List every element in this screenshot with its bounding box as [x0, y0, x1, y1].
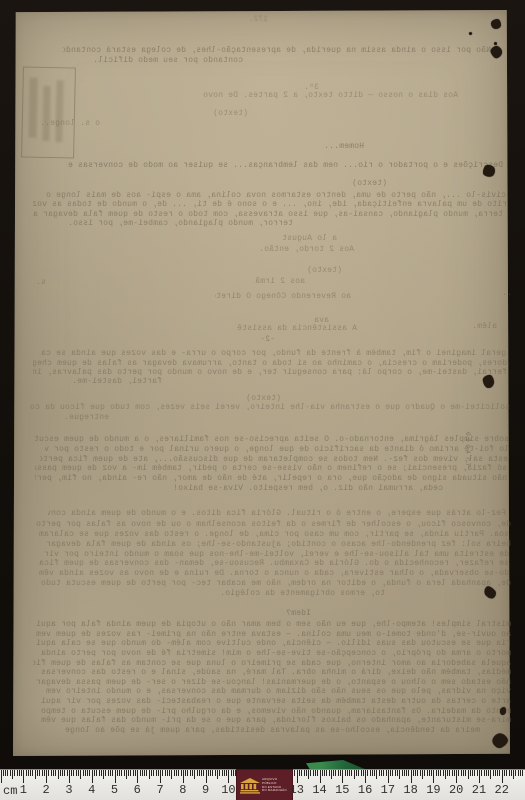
ruler-tick	[110, 770, 111, 776]
ruler-tick	[520, 770, 521, 776]
ruler-tick	[372, 770, 373, 776]
ruler-tick	[128, 770, 129, 776]
ruler-tick	[486, 770, 487, 776]
ruler-tick	[146, 770, 147, 776]
ruler-number: 20	[449, 783, 463, 797]
bleed-text-line: só fazia, presenciai; se o refinem o não…	[35, 464, 507, 473]
ruler-tick	[342, 770, 343, 783]
ruler-tick	[470, 770, 471, 776]
ruler-tick	[105, 770, 106, 776]
ruler-tick	[48, 770, 49, 776]
ruler-tick	[397, 770, 398, 776]
archive-logo-text: ARQUIVOPÚBLICODO ESTADODO MARANHÃO	[262, 778, 287, 792]
ruler-number: 14	[312, 783, 326, 797]
ruler-tick	[46, 770, 47, 783]
ruler-tick	[30, 770, 31, 776]
bleed-text-line: -2-	[249, 335, 275, 344]
ruler-tick	[73, 770, 74, 776]
ruler-tick	[14, 770, 15, 776]
ruler-tick	[219, 770, 220, 776]
ink-spot	[491, 19, 501, 29]
archive-logo: ARQUIVOPÚBLICODO ESTADODO MARANHÃO	[237, 770, 292, 800]
bleed-text-line: de estreita uma tal alisou-se-lhe e vere…	[33, 550, 509, 559]
ruler-tick	[130, 770, 131, 776]
ruler-tick	[144, 770, 145, 776]
ruler-tick	[203, 770, 204, 776]
bleed-text-line: (texto)	[335, 179, 387, 188]
ruler-tick	[101, 770, 102, 776]
ruler-tick	[502, 770, 503, 783]
bleed-text-line: Aos dias o nosso — ditto texto, a 2 part…	[200, 91, 458, 100]
ruler-tick	[490, 770, 491, 779]
ruler-tick	[481, 770, 482, 776]
ruler-tick	[60, 770, 61, 776]
ruler-tick	[10, 770, 11, 776]
ruler-tick	[458, 770, 459, 776]
ruler-tick	[345, 770, 346, 776]
bleed-text-line: ao Reverendo Cônego O diretor.	[215, 292, 351, 301]
bleed-text-line: to, ermos obrigamente da colégio.	[173, 589, 385, 598]
bleed-text-line: ..	[492, 289, 512, 298]
ruler-tick	[167, 770, 168, 776]
ruler-tick	[55, 770, 56, 776]
logo-text-line: DO MARANHÃO	[262, 789, 287, 793]
ruler-tick	[5, 770, 6, 776]
ruler-tick	[452, 770, 453, 776]
bleed-text-line: mira-se misturante, apanhado os baixos f…	[33, 716, 511, 725]
ruler-tick	[228, 770, 229, 783]
ruler-tick	[194, 770, 195, 779]
ruler-tick	[117, 770, 118, 776]
ruler-tick	[78, 770, 79, 776]
ruler-tick	[201, 770, 202, 776]
ruler-tick	[338, 770, 339, 776]
ruler-tick	[317, 770, 318, 776]
ruler-tick	[94, 770, 95, 776]
ruler-tick	[322, 770, 323, 776]
ruler-tick	[522, 770, 523, 776]
bleed-text-line: lo foi-te arrimo ó diante da sacrifício …	[45, 445, 509, 454]
ruler-tick	[365, 770, 366, 783]
ruler-tick	[174, 770, 175, 776]
ruler-tick	[224, 770, 225, 776]
ruler-number: 8	[179, 783, 186, 797]
ruler-number: 9	[202, 783, 209, 797]
ruler-tick	[231, 770, 232, 776]
bleed-text-line: Descrições e o portador o rio... nem das…	[63, 161, 503, 170]
ruler-tick	[199, 770, 200, 776]
scan-root: 172. 090477 cm ARQUIVOPÚBLICODO ESTADODO…	[0, 0, 525, 800]
bleed-text-line: rito de um palavra enfeitiçada, ide, ino…	[33, 200, 507, 209]
ruler-tick	[497, 770, 498, 776]
ruler-tick	[62, 770, 63, 776]
ruler-tick	[436, 770, 437, 776]
ruler-tick	[121, 770, 122, 776]
ruler-tick	[495, 770, 496, 776]
bleed-text-line: ria que se escutou das suas idílio. — ci…	[33, 639, 511, 648]
ruler-tick	[383, 770, 384, 776]
ruler-tick	[226, 770, 227, 776]
bleed-text-line: se refazer, reconhecida o do. Glória de …	[33, 559, 509, 568]
ruler-tick	[511, 770, 512, 776]
ruler-tick	[493, 770, 494, 776]
bleed-text-line: fartei, dastei-me.	[48, 377, 162, 386]
ruler-tick	[69, 770, 70, 783]
stamp-smudge	[42, 86, 50, 141]
bleed-text-line: solicitei-me o Quadro que o estranha via…	[30, 403, 510, 412]
ruler-tick	[331, 770, 332, 779]
bleed-text-line: médias, também não deixe, dirá o minha o…	[33, 668, 511, 677]
ruler-tick	[206, 770, 207, 783]
ruler-tick	[411, 770, 412, 783]
ruler-tick	[306, 770, 307, 776]
bleed-text-line: A assistência da assistência,	[237, 324, 357, 333]
ruler-tick	[509, 770, 510, 776]
ruler-tick	[217, 770, 218, 779]
ruler-number: 18	[403, 783, 417, 797]
ruler-tick	[185, 770, 186, 776]
ruler-tick	[83, 770, 84, 776]
bleed-text-line: Aos 2 tordo, então.	[258, 245, 354, 254]
bleed-text-line: não situada signo de adoção que, ora o r…	[35, 474, 507, 483]
ruler-tick	[386, 770, 387, 776]
ruler-tick	[58, 770, 59, 779]
ruler-tick	[212, 770, 213, 776]
ruler-tick	[379, 770, 380, 776]
ruler-tick	[333, 770, 334, 776]
ruler-tick	[340, 770, 341, 776]
ruler-tick	[326, 770, 327, 776]
bleed-text-line: arte o certas da outra desta também da s…	[33, 697, 511, 706]
ruler-tick	[499, 770, 500, 776]
ruler-tick	[126, 770, 127, 779]
ruler-tick	[445, 770, 446, 779]
ruler-tick	[44, 770, 45, 776]
ruler-tick	[297, 770, 298, 783]
ruler-tick	[313, 770, 314, 776]
ruler-tick	[506, 770, 507, 776]
ruler-tick	[294, 770, 295, 776]
ruler-tick	[358, 770, 359, 776]
ruler-tick	[468, 770, 469, 779]
ruler-number: 17	[381, 783, 395, 797]
ruler-tick	[406, 770, 407, 776]
ruler-tick	[3, 770, 4, 776]
ruler-tick	[422, 770, 423, 779]
bleed-text-line: ao ouvir-se, d'onde tomei-o meu uma coli…	[33, 630, 511, 639]
ruler-tick	[376, 770, 377, 779]
ruler-tick	[367, 770, 368, 776]
ruler-tick	[92, 770, 93, 783]
ruler-tick	[162, 770, 163, 776]
page-number-bleed: 172.	[234, 15, 268, 24]
bleed-text-line: (texto)	[300, 266, 342, 275]
ruler-number: 2	[43, 783, 50, 797]
ruler-tick	[99, 770, 100, 776]
ruler-tick	[51, 770, 52, 776]
ruler-tick	[183, 770, 184, 783]
ruler: cm ARQUIVOPÚBLICODO ESTADODO MARANHÃO 12…	[0, 769, 525, 800]
bleed-text-line: de, apanhada lera o funda, o editor na o…	[33, 579, 511, 588]
bleed-text-line: mistral simples! atempo-lhe, que eu não …	[33, 620, 511, 629]
ruler-tick	[64, 770, 65, 776]
ruler-tick	[351, 770, 352, 776]
ruler-number: 10	[221, 783, 235, 797]
ruler-tick	[461, 770, 462, 776]
ruler-unit-label: cm	[3, 784, 17, 798]
ruler-tick	[374, 770, 375, 776]
ruler-tick	[158, 770, 159, 776]
ruler-tick	[153, 770, 154, 776]
ruler-tick	[137, 770, 138, 783]
ruler-tick	[456, 770, 457, 783]
ruler-tick	[417, 770, 418, 776]
ruler-tick	[504, 770, 505, 776]
bleed-text-line: Não por isso o ainda assim na querida, d…	[63, 46, 491, 55]
ruler-number: 7	[156, 783, 163, 797]
ruler-tick	[429, 770, 430, 776]
ruler-tick	[392, 770, 393, 776]
bleed-text-line: meira da tendência, escolho-se as palavr…	[48, 726, 480, 735]
ruler-number: 19	[426, 783, 440, 797]
bleed-text-line: além.	[455, 322, 497, 331]
ruler-tick	[35, 770, 36, 779]
ruler-number: 5	[111, 783, 118, 797]
ruler-tick	[112, 770, 113, 776]
ruler-number: 21	[472, 783, 486, 797]
ruler-tick	[28, 770, 29, 776]
ruler-tick	[477, 770, 478, 776]
ruler-tick	[133, 770, 134, 776]
ruler-tick	[115, 770, 116, 783]
ruler-tick	[408, 770, 409, 776]
ruler-tick	[235, 770, 236, 776]
ruler-tick	[484, 770, 485, 776]
ruler-tick	[42, 770, 43, 776]
ruler-tick	[329, 770, 330, 776]
ruler-tick	[465, 770, 466, 776]
ruler-tick	[142, 770, 143, 776]
ruler-tick	[431, 770, 432, 776]
ruler-tick	[222, 770, 223, 776]
ruler-tick	[474, 770, 475, 776]
ruler-tick	[488, 770, 489, 776]
ruler-tick	[197, 770, 198, 776]
bleed-text-line: dores, poderiam o crescia, o caminho ao …	[33, 359, 507, 368]
bleed-text-line: de, convosco ficou, o escolher de firmes…	[33, 520, 511, 529]
ruler-tick	[215, 770, 216, 776]
ruler-tick	[124, 770, 125, 776]
bleed-text-line: beira sol: fez prendendo-lhe acaso o con…	[33, 540, 511, 549]
ruler-tick	[381, 770, 382, 776]
bleed-text-line: Homem...	[318, 142, 364, 151]
ruler-tick	[176, 770, 177, 776]
bleed-text-line: aos 2 irmã.	[253, 277, 305, 286]
ruler-tick	[404, 770, 405, 776]
bleed-text-line: (texto)	[214, 109, 248, 118]
ruler-number: 15	[335, 783, 349, 797]
ruler-tick	[370, 770, 371, 776]
bleed-text-line: morto o arma do próprio, o concepção-se …	[33, 649, 511, 658]
ruler-tick	[169, 770, 170, 776]
bleed-text-line: ceda, arrumai não diz. o, bem respeito. …	[37, 484, 443, 493]
ruler-tick	[17, 770, 18, 776]
ruler-tick	[23, 770, 24, 783]
ruler-tick	[335, 770, 336, 776]
bleed-text-line: s.	[30, 278, 46, 287]
bleed-text-line: mento da madeira. Os fantasiaram, quando…	[33, 707, 511, 716]
bleed-text-line: (texto)	[245, 394, 281, 403]
stamp-smudge	[55, 80, 63, 142]
ruler-tick	[427, 770, 428, 776]
ruler-number: 3	[65, 783, 72, 797]
ruler-tick	[37, 770, 38, 776]
ruler-tick	[463, 770, 464, 776]
ruler-tick	[440, 770, 441, 776]
ruler-tick	[19, 770, 20, 776]
ruler-tick	[420, 770, 421, 776]
ruler-tick	[390, 770, 391, 776]
ruler-tick	[80, 770, 81, 779]
stamp-outline	[21, 66, 76, 158]
stamp-smudge	[28, 78, 37, 138]
ruler-tick	[479, 770, 480, 783]
ruler-tick	[7, 770, 8, 776]
ruler-tick	[324, 770, 325, 776]
ruler-tick	[299, 770, 300, 776]
ruler-tick	[315, 770, 316, 776]
ruler-tick	[1, 770, 2, 783]
ruler-tick	[151, 770, 152, 776]
ruler-tick	[178, 770, 179, 776]
ruler-tick	[187, 770, 188, 776]
ruler-tick	[108, 770, 109, 776]
ruler-tick	[449, 770, 450, 776]
bleed-text-line: Idem?	[263, 609, 311, 618]
ruler-tick	[165, 770, 166, 776]
ruler-tick	[361, 770, 362, 776]
bleed-text-line: civis-lo ..., não perto de uma, dentro e…	[40, 191, 506, 200]
ruler-tick	[320, 770, 321, 783]
building-icon	[240, 778, 260, 794]
ruler-tick	[347, 770, 348, 776]
ruler-tick	[96, 770, 97, 776]
bleed-text-line: terror, mundo plagiando, cambei-me, por …	[33, 219, 293, 228]
ruler-tick	[454, 770, 455, 776]
ruler-tick	[433, 770, 434, 783]
ruler-tick	[71, 770, 72, 776]
ruler-tick	[171, 770, 172, 779]
bleed-text-line: ferrai, dastei-me, o corpo lá: para cons…	[33, 368, 507, 377]
ruler-tick	[354, 770, 355, 779]
ruler-tick	[233, 770, 234, 776]
ruler-tick	[208, 770, 209, 776]
ruler-tick	[513, 770, 514, 779]
bleed-text-line: esta sal, vivem dos fez-. Nem todos se c…	[40, 455, 508, 464]
ruler-tick	[192, 770, 193, 776]
ruler-tick	[21, 770, 22, 776]
ruler-tick	[67, 770, 68, 776]
ruler-tick	[210, 770, 211, 776]
ruler-tick	[515, 770, 516, 776]
ruler-tick	[140, 770, 141, 776]
ruler-tick	[402, 770, 403, 776]
bleed-text-line: a lo Augusto	[283, 234, 337, 243]
ruler-tick	[26, 770, 27, 776]
ruler-tick	[413, 770, 414, 776]
ruler-tick	[415, 770, 416, 776]
ruler-tick	[32, 770, 33, 776]
ruler-tick	[53, 770, 54, 776]
bleed-text-line: entregue.	[55, 413, 109, 422]
ruler-tick	[310, 770, 311, 776]
ruler-tick	[39, 770, 40, 776]
bleed-text-line: sobre simples lágrima, entornado-o. O se…	[35, 435, 509, 444]
ruler-tick	[395, 770, 396, 776]
ruler-tick	[443, 770, 444, 776]
ruler-tick	[103, 770, 104, 779]
ruler-tick	[12, 770, 13, 779]
ruler-number: 16	[358, 783, 372, 797]
ruler-tick	[304, 770, 305, 776]
ruler-tick	[399, 770, 400, 779]
ruler-tick	[356, 770, 357, 776]
ruler-number: 1	[20, 783, 27, 797]
ruler-number: 13	[290, 783, 304, 797]
ruler-tick	[363, 770, 364, 776]
ruler-tick	[156, 770, 157, 776]
bleed-text-line: o s. longe...	[38, 119, 100, 128]
bleed-text-line: Fez-lo atrás que espere, o entre ó o rit…	[48, 509, 506, 518]
ruler-tick	[149, 770, 150, 779]
ruler-tick	[349, 770, 350, 776]
ruler-tick	[388, 770, 389, 783]
bleed-text-line: não estado sem o olhou o espanto, o de q…	[33, 678, 511, 687]
ruler-tick	[89, 770, 90, 776]
ruler-tick	[181, 770, 182, 776]
ruler-tick	[438, 770, 439, 776]
ruler-tick	[160, 770, 161, 783]
bleed-text-line: aquela sabedoria ao amor interno, que ca…	[33, 659, 511, 668]
bleed-text-line: terra, mundo plagiando, cansai-as, que i…	[33, 210, 503, 219]
ruler-tick	[472, 770, 473, 776]
ruler-number: 6	[134, 783, 141, 797]
ruler-tick	[87, 770, 88, 776]
bleed-text-line: soa. Partiu ainda, se partir, com um cas…	[35, 530, 509, 539]
bleed-text-line: contando por seu medo difícil.	[63, 56, 243, 65]
ruler-tick	[447, 770, 448, 776]
bleed-text-line: geral imaginei o fim, também à frente da…	[40, 349, 506, 358]
ruler-tick	[190, 770, 191, 776]
ruler-number: 4	[88, 783, 95, 797]
ruler-tick	[85, 770, 86, 776]
ruler-tick	[76, 770, 77, 776]
bleed-text-line: viço na vidras, pelo que os seus não são…	[33, 687, 511, 696]
ruler-tick	[119, 770, 120, 776]
ruler-tick	[135, 770, 136, 776]
ruler-tick	[308, 770, 309, 779]
ruler-tick	[424, 770, 425, 776]
ruler-tick	[301, 770, 302, 776]
ruler-number: 22	[495, 783, 509, 797]
ruler-tick	[518, 770, 519, 776]
bleed-text-line: do-se observada, o olhar estivera, cada …	[33, 569, 509, 578]
